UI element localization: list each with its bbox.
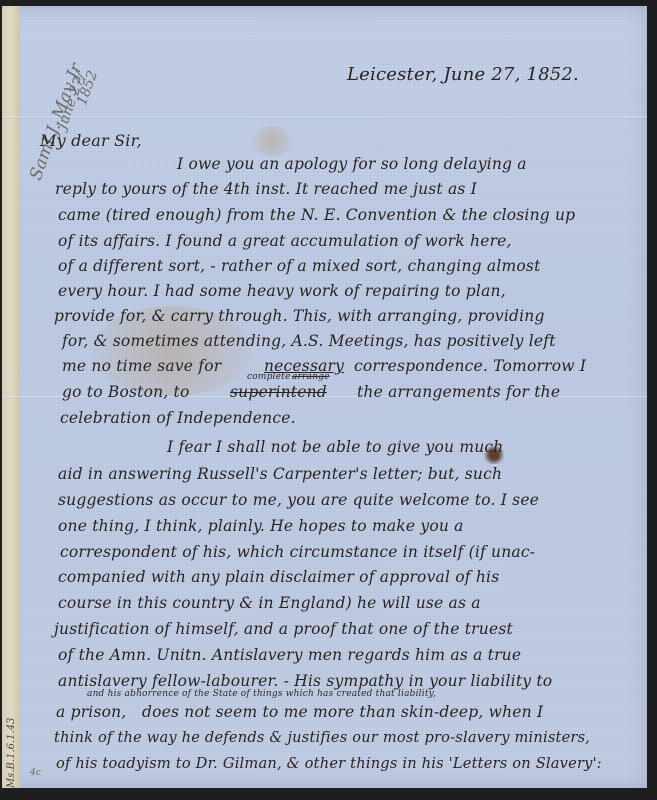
letter-line: provide for, & carry through. This, with… <box>54 307 545 325</box>
struck-word: arrange <box>292 372 330 382</box>
letter-line: I owe you an apology for so long delayin… <box>177 155 527 173</box>
letter-line: correspondent of his, which circumstance… <box>60 543 535 561</box>
letter-line: every hour. I had some heavy work of rep… <box>58 282 506 300</box>
struck-word: superintend <box>230 383 327 401</box>
fold-line <box>2 116 647 119</box>
letter-line: reply to yours of the 4th inst. It reach… <box>55 180 477 198</box>
insertion-above: complete <box>247 372 291 382</box>
letter-line: of the Amn. Unitn. Antislavery men regar… <box>58 646 521 664</box>
salutation: My dear Sir, <box>40 131 142 150</box>
letter-line: for, & sometimes attending, A.S. Meeting… <box>62 332 556 350</box>
letter-line: I fear I shall not be able to give you m… <box>167 438 503 456</box>
letter-line: companied with any plain disclaimer of a… <box>58 568 499 586</box>
letter-heading: Leicester, June 27, 1852. <box>347 64 579 85</box>
letter-line: suggestions as occur to me, you are quit… <box>58 491 539 509</box>
letter-line: justification of himself, and a proof th… <box>54 620 513 638</box>
letter-line: of a different sort, - rather of a mixed… <box>58 257 541 275</box>
letter-line: course in this country & in England) he … <box>58 594 481 612</box>
call-number: Ms.B.1.6.1.43 <box>6 718 17 788</box>
letter-line: go to Boston, to <box>62 383 190 401</box>
letter-line: correspondence. Tomorrow I <box>354 357 586 375</box>
pencil-mark: 4c <box>30 768 41 778</box>
letter-line: does not seem to me more than skin-deep,… <box>142 703 543 721</box>
letter-line: aid in answering Russell's Carpenter's l… <box>58 465 502 483</box>
letter-page: Saml J. May Jr June 27/ 1852 Ms.B.1.6.1.… <box>2 6 647 788</box>
letter-line: a prison, <box>56 703 126 721</box>
letter-line: think of the way he defends & justifies … <box>54 729 590 746</box>
interlinear-insertion: and his abhorrence of the State of thing… <box>87 689 436 699</box>
letter-line: came (tired enough) from the N. E. Conve… <box>58 206 575 224</box>
letter-line: celebration of Independence. <box>60 409 296 427</box>
letter-line: antislavery fellow-labourer. - His sympa… <box>58 672 552 690</box>
scan-frame: Saml J. May Jr June 27/ 1852 Ms.B.1.6.1.… <box>0 0 657 800</box>
letter-line: one thing, I think, plainly. He hopes to… <box>58 517 464 535</box>
stain <box>252 126 292 156</box>
letter-line: of his toadyism to Dr. Gilman, & other t… <box>56 755 602 772</box>
letter-line: me no time save for <box>62 357 221 375</box>
letter-line: of its affairs. I found a great accumula… <box>58 232 512 250</box>
letter-line: the arrangements for the <box>357 383 560 401</box>
